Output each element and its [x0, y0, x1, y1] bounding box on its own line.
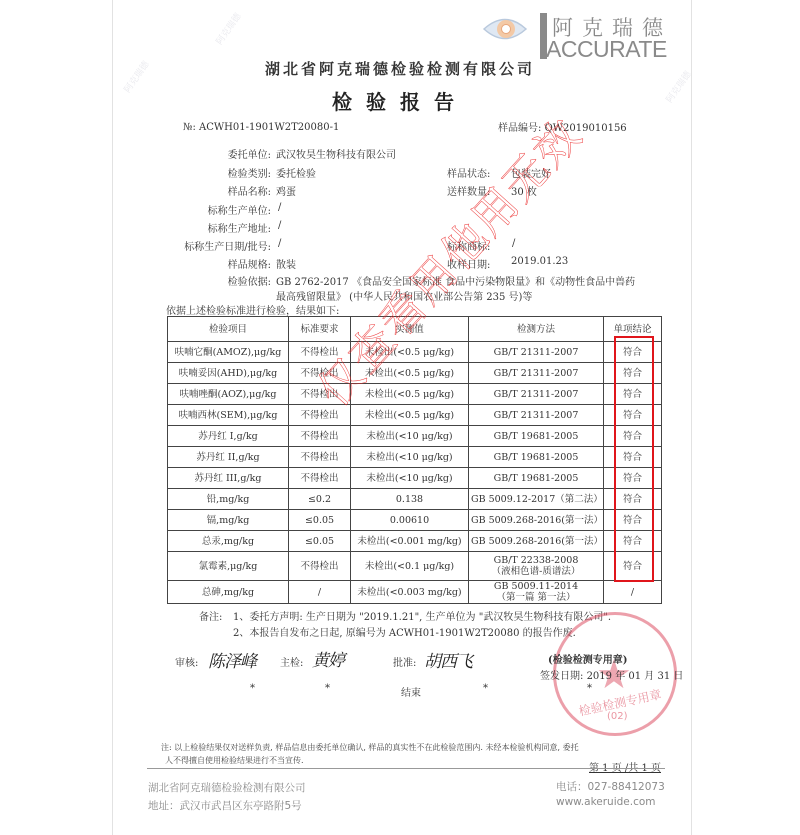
cell-method: GB/T 19681-2005 [469, 426, 604, 447]
cell-requirement: ≤0.05 [289, 531, 351, 552]
report-number: №: ACWH01-1901W2T20080-1 [183, 122, 339, 133]
cell-requirement: 不得检出 [289, 342, 351, 363]
cell-item: 苏丹红 III,g/kg [168, 468, 289, 489]
method-line-2: （第一篇 第一法） [471, 592, 601, 603]
basis-line-1: GB 2762-2017 《食品安全国家标准 食品中污染物限量》和《动物性食品中… [276, 273, 635, 288]
method-line: GB/T 21311-2007 [471, 410, 601, 421]
method-line: GB/T 21311-2007 [471, 368, 601, 379]
footer-address: 地址：武汉市武昌区东亭路附5号 [148, 798, 302, 813]
results-table: 检验项目 标准要求 实测值 检测方法 单项结论 呋喃它酮(AMOZ),μg/kg… [167, 316, 662, 604]
cell-measured: 未检出(<0.5 μg/kg) [351, 384, 469, 405]
table-row: 总砷,mg/kg/未检出(<0.003 mg/kg)GB 5009.11-201… [168, 581, 662, 604]
spec-label: 样品规格: [171, 256, 271, 271]
method-line: GB/T 19681-2005 [471, 431, 601, 442]
cell-item: 苏丹红 II,g/kg [168, 447, 289, 468]
cell-method: GB/T 19681-2005 [469, 447, 604, 468]
address-label: 标称生产地址: [171, 220, 271, 235]
cell-requirement: 不得检出 [289, 552, 351, 581]
company-name: 湖北省阿克瑞德检验检测有限公司 [0, 58, 800, 79]
status-value: 包装完好 [511, 165, 551, 180]
header-requirement: 标准要求 [289, 317, 351, 342]
quantity-value: 30 枚 [511, 183, 537, 198]
footer-company: 湖北省阿克瑞德检验检测有限公司 [148, 780, 306, 795]
issue-date: 签发日期: 2019 年 01 月 31 日 [540, 667, 683, 682]
cell-result: / [604, 581, 662, 604]
table-row: 铅,mg/kg≤0.20.138GB 5009.12-2017（第二法）符合 [168, 489, 662, 510]
inspector-signature: 黄婷 [312, 646, 344, 671]
approver-label: 批准: [393, 654, 416, 669]
cell-requirement: 不得检出 [289, 384, 351, 405]
cell-measured: 未检出(<0.1 μg/kg) [351, 552, 469, 581]
report-title: 检验报告 [0, 86, 800, 115]
table-row: 氯霉素,μg/kg不得检出未检出(<0.1 μg/kg)GB/T 22338-2… [168, 552, 662, 581]
sample-number-value: QW2019010156 [545, 123, 627, 134]
received-label: 收样日期: [447, 256, 490, 271]
cell-measured: 未检出(<10 μg/kg) [351, 468, 469, 489]
cell-requirement: / [289, 581, 351, 604]
footer-phone: 电话：027-88412073 [556, 779, 665, 794]
method-line: GB 5009.268-2016(第一法） [471, 536, 601, 547]
type-label: 检验类别: [171, 165, 271, 180]
eye-logo-icon [482, 12, 528, 46]
cell-method: GB/T 22338-2008（液相色谱-质谱法） [469, 552, 604, 581]
cell-measured: 未检出(<0.003 mg/kg) [351, 581, 469, 604]
producer-value: / [278, 202, 281, 213]
date-batch-value: / [278, 238, 281, 249]
issue-date-value: 2019 年 01 月 31 日 [587, 671, 684, 682]
type-value: 委托检验 [276, 165, 316, 180]
end-mark: * [325, 683, 330, 694]
cell-item: 总砷,mg/kg [168, 581, 289, 604]
cell-measured: 0.00610 [351, 510, 469, 531]
end-mark: * [250, 683, 255, 694]
cell-requirement: 不得检出 [289, 468, 351, 489]
end-mark: * [587, 683, 592, 694]
method-line-2: （液相色谱-质谱法） [471, 566, 601, 577]
cell-item: 呋喃它酮(AMOZ),μg/kg [168, 342, 289, 363]
method-line: GB/T 21311-2007 [471, 389, 601, 400]
cell-item: 总汞,mg/kg [168, 531, 289, 552]
cell-method: GB 5009.12-2017（第二法） [469, 489, 604, 510]
results-intro: 依据上述检验标准进行检验，结果如下: [166, 302, 339, 317]
seal-note: (检验检测专用章) [548, 651, 627, 666]
cell-item: 氯霉素,μg/kg [168, 552, 289, 581]
quantity-label: 送样数量: [447, 183, 490, 198]
cell-method: GB/T 21311-2007 [469, 363, 604, 384]
cell-item: 苏丹红 I,g/kg [168, 426, 289, 447]
cell-measured: 未检出(<0.5 μg/kg) [351, 342, 469, 363]
table-row: 苏丹红 III,g/kg不得检出未检出(<10 μg/kg)GB/T 19681… [168, 468, 662, 489]
client-value: 武汉牧昊生物科技有限公司 [276, 146, 396, 161]
header-item: 检验项目 [168, 317, 289, 342]
footer-website: www.akeruide.com [556, 796, 656, 808]
approver-signature: 胡西飞 [424, 647, 472, 672]
status-label: 样品状态: [447, 165, 490, 180]
method-line: GB 5009.12-2017（第二法） [471, 494, 601, 505]
cell-requirement: 不得检出 [289, 447, 351, 468]
cell-measured: 未检出(<0.5 μg/kg) [351, 363, 469, 384]
cell-requirement: 不得检出 [289, 405, 351, 426]
trademark-label: 标称商标: [447, 238, 490, 253]
table-row: 呋喃唑酮(AOZ),μg/kg不得检出未检出(<0.5 μg/kg)GB/T 2… [168, 384, 662, 405]
report-number-label: №: [183, 122, 196, 133]
cell-item: 呋喃唑酮(AOZ),μg/kg [168, 384, 289, 405]
report-number-value: ACWH01-1901W2T20080-1 [199, 122, 339, 133]
cell-measured: 未检出(<0.001 mg/kg) [351, 531, 469, 552]
page-indicator: 第 1 页 /共 1 页 [589, 759, 661, 774]
header-measured: 实测值 [351, 317, 469, 342]
method-line: GB 5009.268-2016(第一法） [471, 515, 601, 526]
end-mark: * [483, 683, 488, 694]
trademark-value: / [512, 238, 515, 249]
inspector-label: 主检: [280, 654, 303, 669]
sample-number-label: 样品编号: [498, 123, 541, 134]
table-row: 苏丹红 I,g/kg不得检出未检出(<10 μg/kg)GB/T 19681-2… [168, 426, 662, 447]
sample-name-label: 样品名称: [171, 183, 271, 198]
cell-item: 镉,mg/kg [168, 510, 289, 531]
table-row: 镉,mg/kg≤0.050.00610GB 5009.268-2016(第一法）… [168, 510, 662, 531]
reviewer-signature: 陈泽峰 [208, 647, 256, 672]
method-line: GB/T 21311-2007 [471, 347, 601, 358]
method-line: GB/T 22338-2008 [471, 555, 601, 566]
cell-method: GB/T 19681-2005 [469, 468, 604, 489]
cell-measured: 未检出(<10 μg/kg) [351, 447, 469, 468]
cell-measured: 0.138 [351, 489, 469, 510]
client-label: 委托单位: [171, 146, 271, 161]
header-method: 检测方法 [469, 317, 604, 342]
method-line: GB/T 19681-2005 [471, 473, 601, 484]
basis-line-2: 最高残留限量》 (中华人民共和国农业部公告第 235 号)等 [276, 288, 532, 303]
producer-label: 标称生产单位: [171, 202, 271, 217]
cell-item: 呋喃西林(SEM),μg/kg [168, 405, 289, 426]
table-header-row: 检验项目 标准要求 实测值 检测方法 单项结论 [168, 317, 662, 342]
disclaimer-line-1: 注: 以上检验结果仅对送样负责, 样品信息由委托单位确认, 样品的真实性不在此检… [161, 742, 579, 753]
cell-method: GB 5009.11-2014（第一篇 第一法） [469, 581, 604, 604]
sample-name-value: 鸡蛋 [276, 183, 296, 198]
spec-value: 散装 [276, 256, 296, 271]
cell-method: GB/T 21311-2007 [469, 405, 604, 426]
table-row: 呋喃妥因(AHD),μg/kg不得检出未检出(<0.5 μg/kg)GB/T 2… [168, 363, 662, 384]
method-line: GB/T 19681-2005 [471, 452, 601, 463]
cell-item: 呋喃妥因(AHD),μg/kg [168, 363, 289, 384]
address-value: / [278, 220, 281, 231]
seal-number: (02) [607, 711, 628, 722]
cell-method: GB 5009.268-2016(第一法） [469, 510, 604, 531]
disclaimer-line-2: 人不得擅自使用检验结果进行不当宣传. [165, 755, 304, 766]
method-line: GB 5009.11-2014 [471, 581, 601, 592]
result-column-highlight [614, 336, 654, 582]
date-batch-label: 标称生产日期/批号: [171, 238, 271, 253]
cell-requirement: ≤0.2 [289, 489, 351, 510]
cell-method: GB 5009.268-2016(第一法） [469, 531, 604, 552]
received-value: 2019.01.23 [511, 256, 568, 267]
table-row: 呋喃它酮(AMOZ),μg/kg不得检出未检出(<0.5 μg/kg)GB/T … [168, 342, 662, 363]
cell-requirement: 不得检出 [289, 363, 351, 384]
remark-1: 1、委托方声明: 生产日期为 "2019.1.21", 生产单位为 "武汉牧昊生… [233, 608, 611, 623]
cell-requirement: ≤0.05 [289, 510, 351, 531]
remark-2: 2、本报告自发布之日起, 原编号为 ACWH01-1901W2T20080 的报… [233, 624, 576, 639]
cell-requirement: 不得检出 [289, 426, 351, 447]
remarks-label: 备注: [199, 608, 222, 623]
issue-date-label: 签发日期: [540, 671, 583, 682]
table-row: 苏丹红 II,g/kg不得检出未检出(<10 μg/kg)GB/T 19681-… [168, 447, 662, 468]
reviewer-label: 审核: [175, 654, 198, 669]
table-row: 总汞,mg/kg≤0.05未检出(<0.001 mg/kg)GB 5009.26… [168, 531, 662, 552]
cell-measured: 未检出(<10 μg/kg) [351, 426, 469, 447]
cell-item: 铅,mg/kg [168, 489, 289, 510]
sample-number: 样品编号: QW2019010156 [498, 119, 627, 134]
basis-label: 检验依据: [171, 273, 271, 288]
cell-method: GB/T 21311-2007 [469, 384, 604, 405]
footer-divider [147, 768, 665, 769]
end-text: 结束 [401, 684, 421, 699]
table-row: 呋喃西林(SEM),μg/kg不得检出未检出(<0.5 μg/kg)GB/T 2… [168, 405, 662, 426]
cell-method: GB/T 21311-2007 [469, 342, 604, 363]
cell-measured: 未检出(<0.5 μg/kg) [351, 405, 469, 426]
